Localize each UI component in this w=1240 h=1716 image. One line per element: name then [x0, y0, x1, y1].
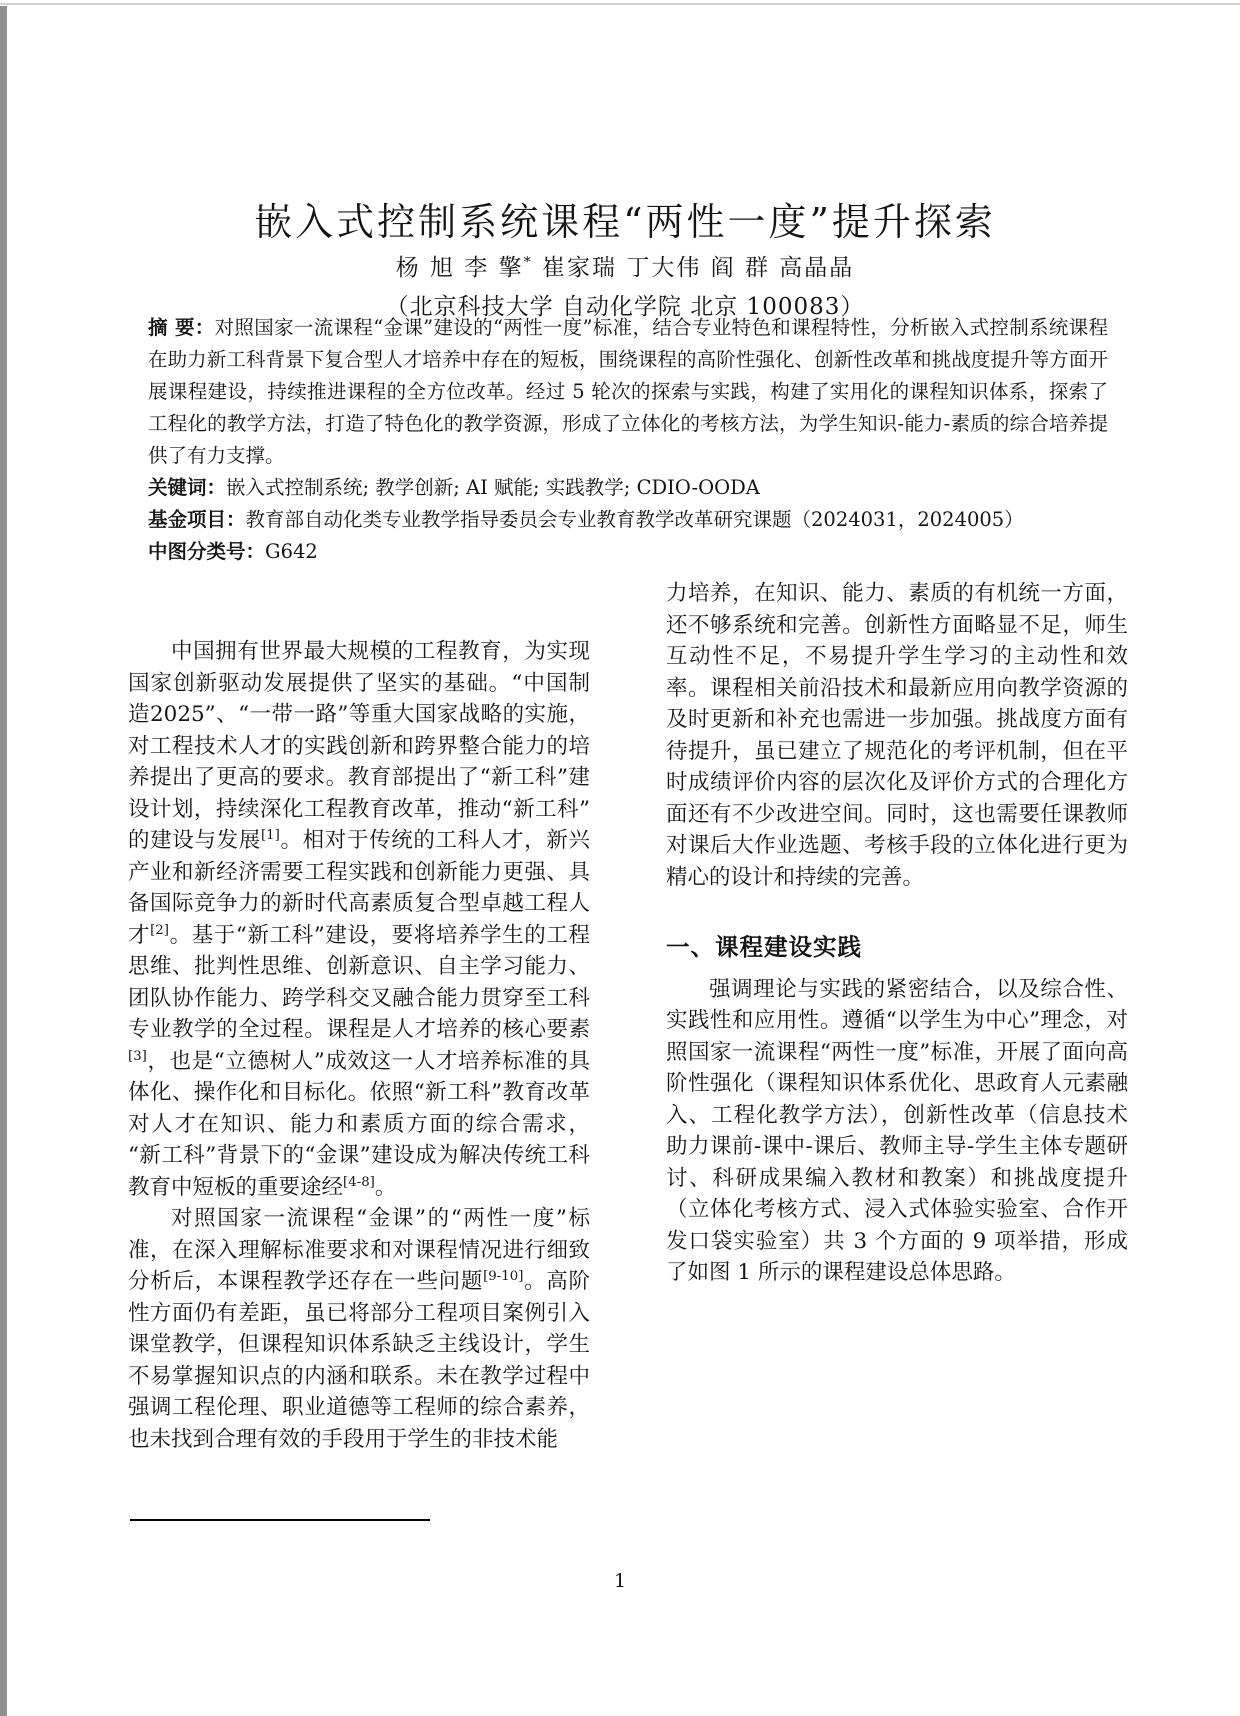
fund-project: 基金项目：教育部自动化类专业教学指导委员会专业教育教学改革研究课题（202403… — [148, 504, 1108, 536]
authors-line: 杨 旭 李 擎* 崔家瑞 丁大伟 阎 群 高晶晶 — [60, 249, 1190, 282]
abstract: 摘 要：对照国家一流课程“金课”建设的“两性一度”标准，结合专业特色和课程特性，… — [148, 312, 1108, 472]
keywords-text: 嵌入式控制系统; 教学创新; AI 赋能; 实践教学; CDIO-OODA — [226, 476, 760, 499]
abstract-label: 摘 要： — [148, 316, 215, 339]
fund-text: 教育部自动化类专业教学指导委员会专业教育教学改革研究课题（2024031，202… — [246, 508, 1024, 531]
clc-label: 中图分类号： — [148, 540, 265, 563]
page-left-edge — [0, 6, 7, 1716]
body-paragraph: 对照国家一流课程“金课”的“两性一度”标准，在深入理解标准要求和对课程情况进行细… — [128, 1203, 590, 1455]
left-column: 中国拥有世界最大规模的工程教育，为实现国家创新驱动发展提供了坚实的基础。“中国制… — [128, 636, 590, 1455]
body-paragraph: 强调理论与实践的紧密结合，以及综合性、实践性和应用性。遵循“以学生为中心”理念，… — [666, 974, 1128, 1289]
right-column: 力培养，在知识、能力、素质的有机统一方面，还不够系统和完善。创新性方面略显不足，… — [666, 578, 1128, 1289]
page-number: 1 — [0, 1570, 1240, 1592]
body-paragraph: 力培养，在知识、能力、素质的有机统一方面，还不够系统和完善。创新性方面略显不足，… — [666, 578, 1128, 893]
front-matter: 摘 要：对照国家一流课程“金课”建设的“两性一度”标准，结合专业特色和课程特性，… — [148, 312, 1108, 568]
fund-label: 基金项目： — [148, 508, 246, 531]
abstract-text: 对照国家一流课程“金课”建设的“两性一度”标准，结合专业特色和课程特性，分析嵌入… — [148, 316, 1108, 467]
keywords-label: 关键词： — [148, 476, 226, 499]
clc-number: 中图分类号：G642 — [148, 536, 1108, 568]
footnote-divider — [130, 1519, 430, 1521]
body-paragraph: 中国拥有世界最大规模的工程教育，为实现国家创新驱动发展提供了坚实的基础。“中国制… — [128, 636, 590, 1203]
section-heading: 一、课程建设实践 — [666, 932, 1128, 964]
keywords: 关键词：嵌入式控制系统; 教学创新; AI 赋能; 实践教学; CDIO-OOD… — [148, 472, 1108, 504]
paper-title: 嵌入式控制系统课程“两性一度”提升探索 — [60, 191, 1190, 246]
clc-text: G642 — [265, 540, 318, 563]
page-top-edge — [0, 3, 1240, 5]
